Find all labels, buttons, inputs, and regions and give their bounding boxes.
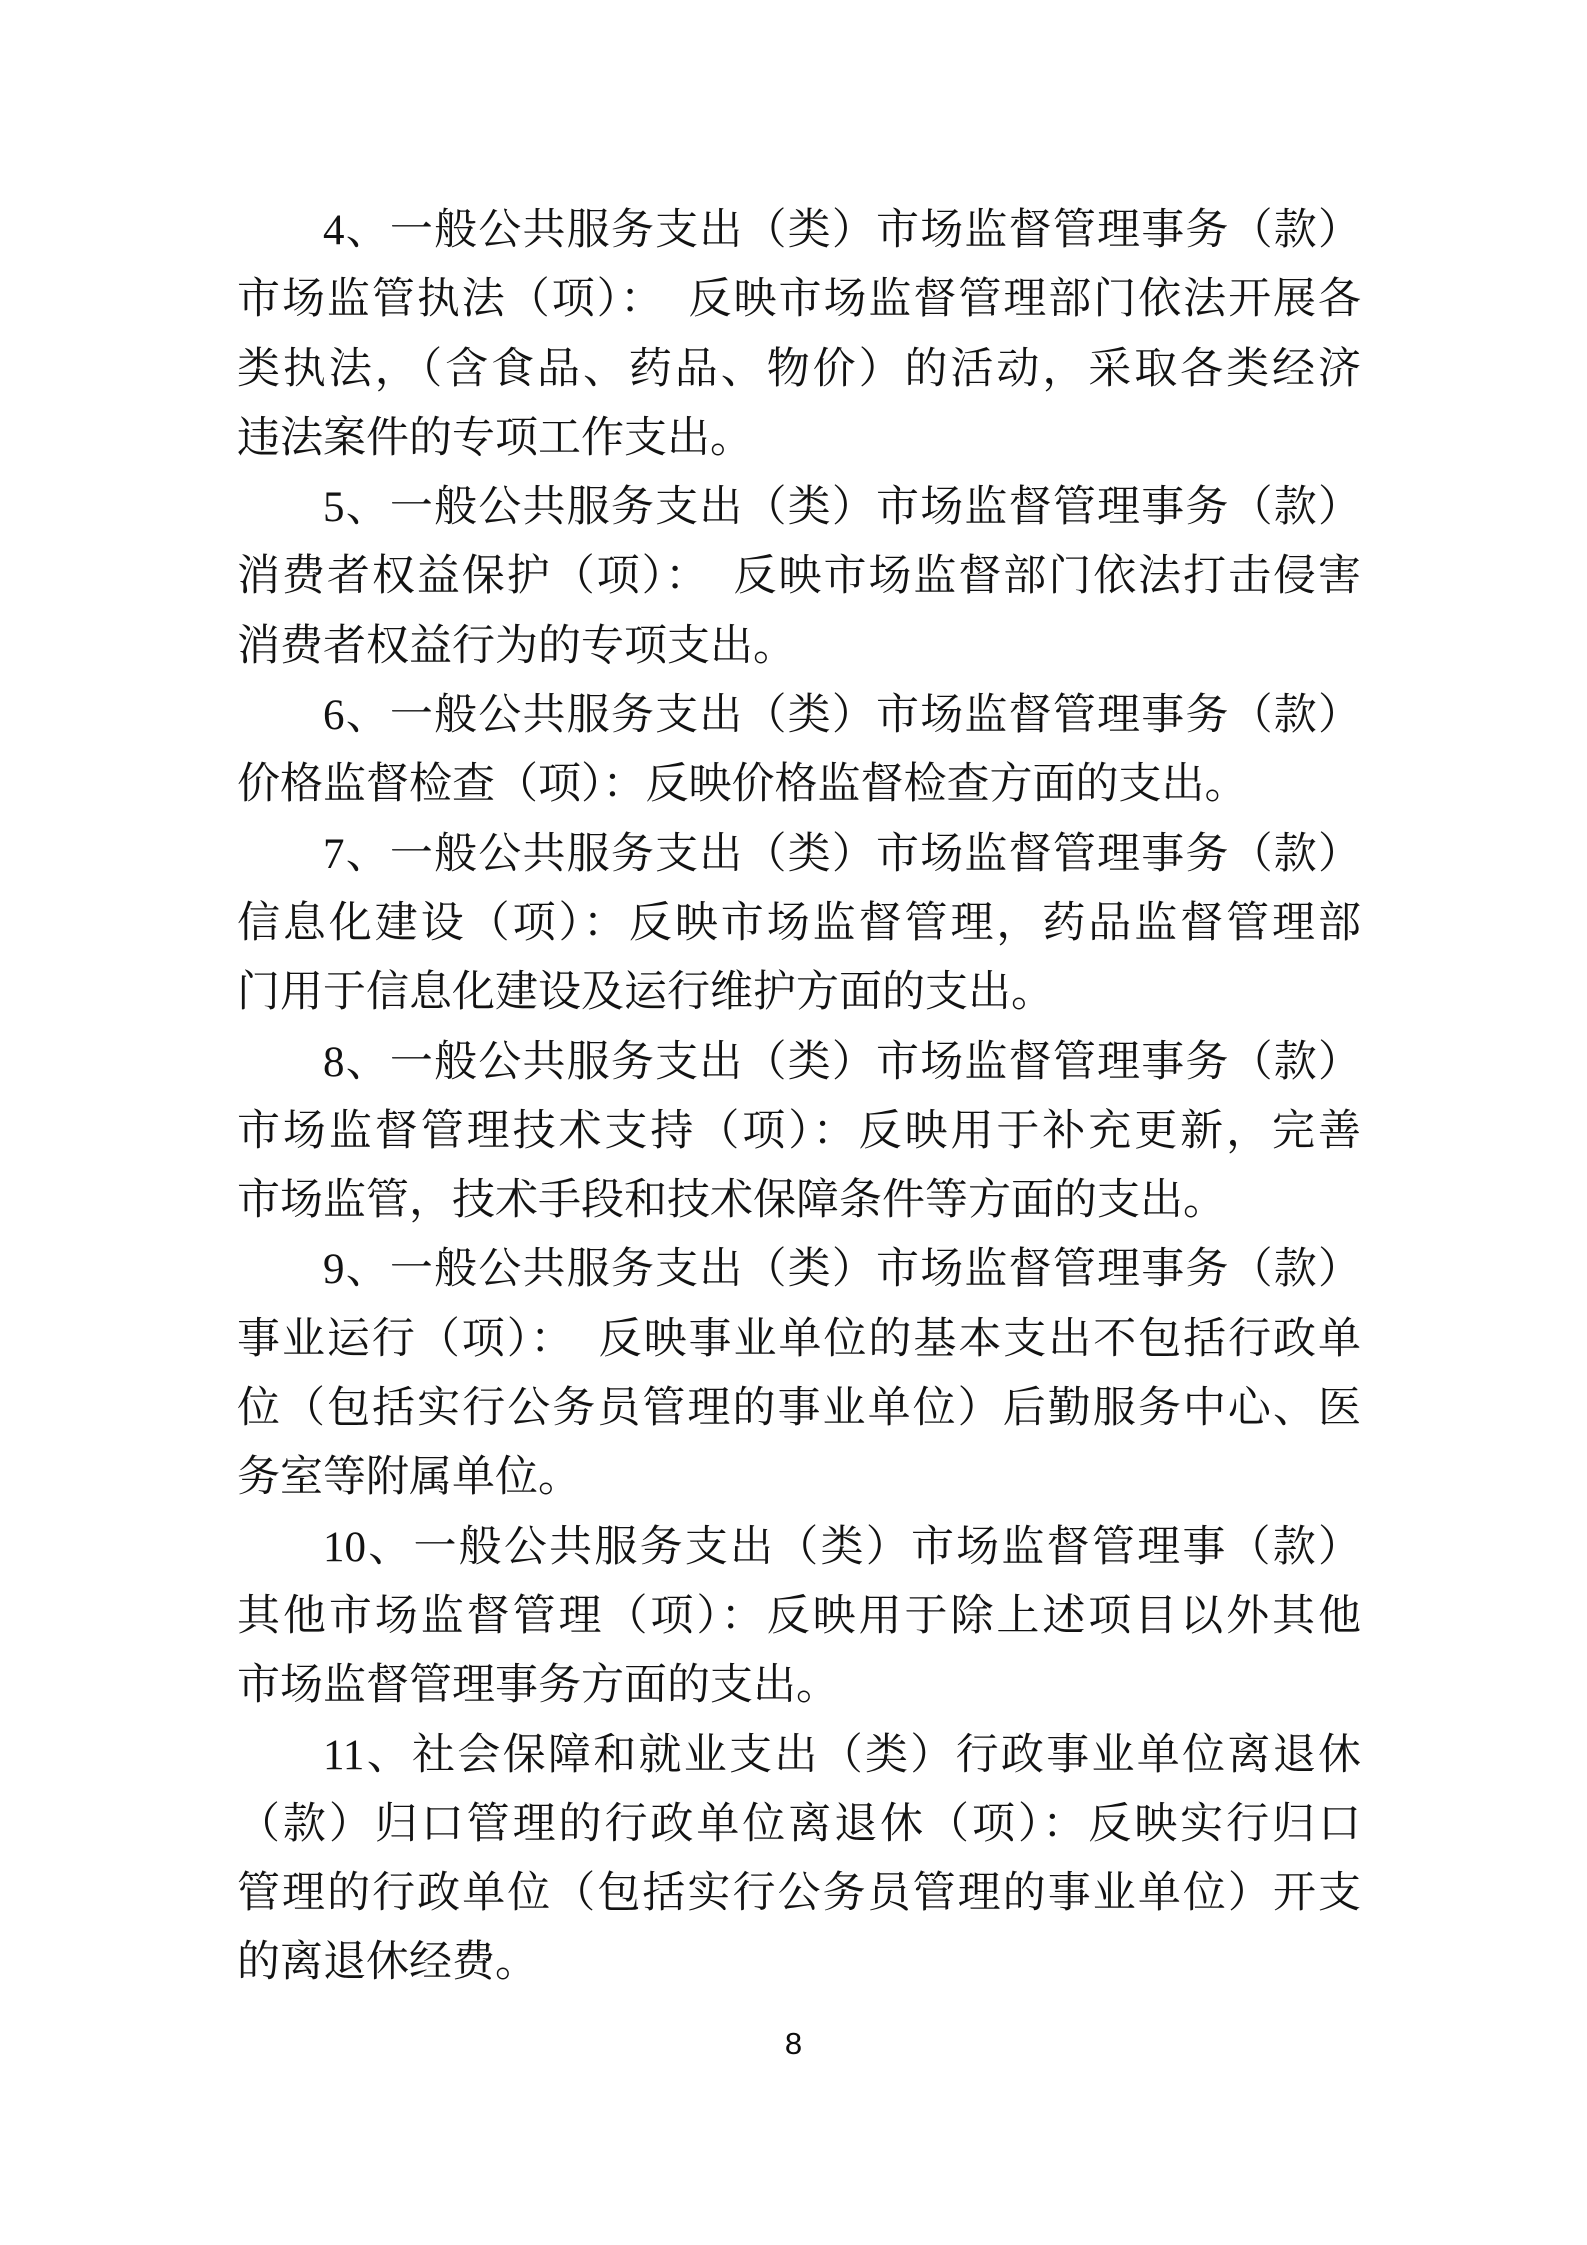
text-line: 市场监督管理技术支持（项）：反映用于补充更新，完善 [237, 1097, 1361, 1166]
text-line: 8、一般公共服务支出（类）市场监督管理事务（款） [237, 1028, 1361, 1097]
text-line: 4、一般公共服务支出（类）市场监督管理事务（款） [237, 196, 1361, 265]
text-line: 违法案件的专项工作支出。 [237, 404, 1361, 473]
paragraph: 6、一般公共服务支出（类）市场监督管理事务（款）价格监督检查（项）：反映价格监督… [237, 681, 1361, 820]
text-line: 信息化建设（项）：反映市场监督管理，药品监督管理部 [237, 889, 1361, 958]
text-line: 务室等附属单位。 [237, 1443, 1361, 1512]
text-line: 的离退休经费。 [237, 1928, 1361, 1997]
text-line: 7、一般公共服务支出（类）市场监督管理事务（款） [237, 820, 1361, 889]
text-line: 位（包括实行公务员管理的事业单位）后勤服务中心、医 [237, 1374, 1361, 1443]
page-number: 8 [0, 2026, 1587, 2062]
paragraph: 4、一般公共服务支出（类）市场监督管理事务（款）市场监管执法（项）： 反映市场监… [237, 196, 1361, 473]
text-block: 4、一般公共服务支出（类）市场监督管理事务（款）市场监管执法（项）： 反映市场监… [237, 196, 1361, 1998]
paragraph: 11、社会保障和就业支出（类）行政事业单位离退休（款）归口管理的行政单位离退休（… [237, 1721, 1361, 1998]
text-line: 消费者权益保护（项）： 反映市场监督部门依法打击侵害 [237, 542, 1361, 611]
text-line: 消费者权益行为的专项支出。 [237, 612, 1361, 681]
text-line: 市场监督管理事务方面的支出。 [237, 1651, 1361, 1720]
text-line: 11、社会保障和就业支出（类）行政事业单位离退休 [237, 1721, 1361, 1790]
text-line: 其他市场监督管理（项）：反映用于除上述项目以外其他 [237, 1582, 1361, 1651]
text-line: 10、一般公共服务支出（类）市场监督管理事（款） [237, 1513, 1361, 1582]
text-line: 市场监管，技术手段和技术保障条件等方面的支出。 [237, 1166, 1361, 1235]
text-line: 5、一般公共服务支出（类）市场监督管理事务（款） [237, 473, 1361, 542]
paragraph: 8、一般公共服务支出（类）市场监督管理事务（款）市场监督管理技术支持（项）：反映… [237, 1028, 1361, 1236]
text-line: 市场监管执法（项）： 反映市场监督管理部门依法开展各 [237, 265, 1361, 334]
text-line: 门用于信息化建设及运行维护方面的支出。 [237, 958, 1361, 1027]
text-line: 事业运行（项）： 反映事业单位的基本支出不包括行政单 [237, 1305, 1361, 1374]
paragraph: 5、一般公共服务支出（类）市场监督管理事务（款）消费者权益保护（项）： 反映市场… [237, 473, 1361, 681]
text-line: 价格监督检查（项）：反映价格监督检查方面的支出。 [237, 750, 1361, 819]
paragraph: 7、一般公共服务支出（类）市场监督管理事务（款）信息化建设（项）：反映市场监督管… [237, 820, 1361, 1028]
text-line: 类执法，（含食品、药品、物价）的活动，采取各类经济 [237, 335, 1361, 404]
text-line: （款）归口管理的行政单位离退休（项）：反映实行归口 [237, 1790, 1361, 1859]
document-page: 4、一般公共服务支出（类）市场监督管理事务（款）市场监管执法（项）： 反映市场监… [0, 0, 1587, 2245]
text-line: 6、一般公共服务支出（类）市场监督管理事务（款） [237, 681, 1361, 750]
paragraph: 10、一般公共服务支出（类）市场监督管理事（款）其他市场监督管理（项）：反映用于… [237, 1513, 1361, 1721]
text-line: 9、一般公共服务支出（类）市场监督管理事务（款） [237, 1235, 1361, 1304]
text-line: 管理的行政单位（包括实行公务员管理的事业单位）开支 [237, 1859, 1361, 1928]
paragraph: 9、一般公共服务支出（类）市场监督管理事务（款）事业运行（项）： 反映事业单位的… [237, 1235, 1361, 1512]
